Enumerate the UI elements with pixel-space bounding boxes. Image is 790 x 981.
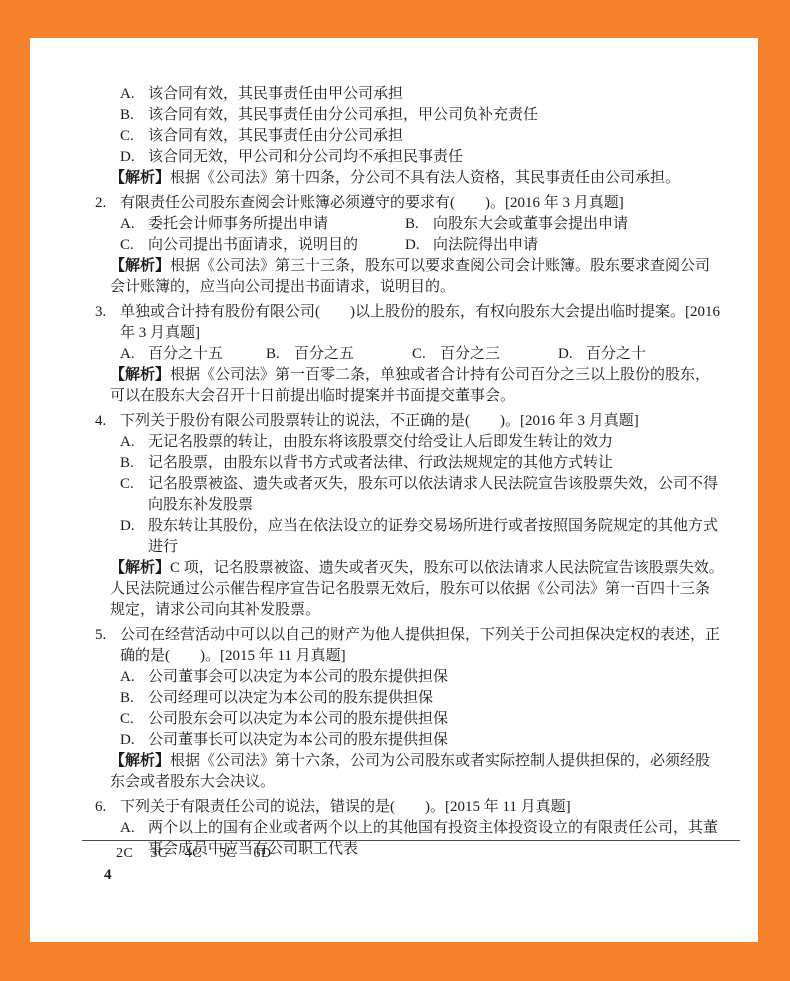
option-letter: B. xyxy=(120,453,134,474)
option-row: D. 股东转让其股份，应当在依法设立的证券交易场所进行或者按照国务院规定的其他方… xyxy=(120,516,723,558)
option-letter: A. xyxy=(120,667,135,688)
option-row: C. 公司股东会可以决定为本公司的股东提供担保 xyxy=(120,709,723,730)
analysis-paragraph: 【解析】根据《公司法》第三十三条，股东可以要求查阅公司会计账簿。股东要求查阅公司… xyxy=(110,256,724,298)
option-letter: B. xyxy=(405,214,419,235)
option-text: 向公司提出书面请求，说明目的 xyxy=(148,237,358,253)
question-text: 下列关于有限责任公司的说法，错误的是( )。[2015 年 11 月真题] xyxy=(120,799,571,815)
option-text: 该合同有效，其民事责任由分公司承担 xyxy=(148,128,403,144)
page-content: A. 该合同有效，其民事责任由甲公司承担 B. 该合同有效，其民事责任由分公司承… xyxy=(95,84,725,860)
analysis-label: 【解析】 xyxy=(110,560,170,576)
answer-key: 2C 3C 4C 5C 6D xyxy=(116,846,272,862)
option-text: 向法院得出申请 xyxy=(433,237,538,253)
question-stem: 2.有限责任公司股东查阅会计账簿必须遵守的要求有( )。[2016 年 3 月真… xyxy=(120,193,720,214)
question-number: 6. xyxy=(95,797,106,818)
option-text: 公司董事长可以决定为本公司的股东提供担保 xyxy=(148,732,448,748)
option-letter: B. xyxy=(266,344,280,365)
option-letter: C. xyxy=(412,344,426,365)
analysis-label: 【解析】 xyxy=(110,367,170,383)
option-text: 百分之五 xyxy=(294,346,354,362)
option-text: 该合同有效，其民事责任由分公司承担，甲公司负补充责任 xyxy=(148,107,538,123)
question-stem: 4.下列关于股份有限公司股票转让的说法，不正确的是( )。[2016 年 3 月… xyxy=(120,411,720,432)
answer-key-item: 4C xyxy=(185,846,202,862)
question-stem: 3.单独或合计持有股份有限公司( )以上股份的股东，有权向股东大会提出临时提案。… xyxy=(120,302,720,344)
analysis-text: 根据《公司法》第十六条，公司为公司股东或者实际控制人提供担保的，必须经股东会或者… xyxy=(110,753,710,790)
question-number: 5. xyxy=(95,625,106,646)
question-block-4: 4.下列关于股份有限公司股票转让的说法，不正确的是( )。[2016 年 3 月… xyxy=(120,411,725,621)
options-row: C. 向公司提出书面请求，说明目的 D. 向法院得出申请 xyxy=(120,235,725,256)
option-text: 百分之十 xyxy=(586,346,646,362)
analysis-label: 【解析】 xyxy=(110,258,170,274)
option-row: A. 百分之十五 xyxy=(120,344,266,365)
question-block-5: 5.公司在经营活动中可以以自己的财产为他人提供担保，下列关于公司担保决定权的表述… xyxy=(120,625,725,793)
option-row: C. 向公司提出书面请求，说明目的 xyxy=(120,235,405,256)
analysis-label: 【解析】 xyxy=(110,170,170,186)
option-letter: C. xyxy=(120,126,134,147)
option-letter: B. xyxy=(120,688,134,709)
question-text: 单独或合计持有股份有限公司( )以上股份的股东，有权向股东大会提出临时提案。[2… xyxy=(120,304,720,341)
option-letter: D. xyxy=(120,147,135,168)
analysis-paragraph: 【解析】根据《公司法》第十四条，分公司不具有法人资格，其民事责任由公司承担。 xyxy=(110,168,724,189)
analysis-text: 根据《公司法》第一百零二条，单独或者合计持有公司百分之三以上股份的股东，可以在股… xyxy=(110,367,710,404)
question-text: 下列关于股份有限公司股票转让的说法，不正确的是( )。[2016 年 3 月真题… xyxy=(120,413,639,429)
option-row: A. 公司董事会可以决定为本公司的股东提供担保 xyxy=(120,667,723,688)
option-text: 百分之十五 xyxy=(148,346,223,362)
option-letter: C. xyxy=(120,709,134,730)
option-row: D. 向法院得出申请 xyxy=(405,235,725,256)
option-letter: D. xyxy=(120,516,135,537)
question-number: 3. xyxy=(95,302,106,323)
option-letter: C. xyxy=(120,235,134,256)
question-number: 2. xyxy=(95,193,106,214)
option-letter: B. xyxy=(120,105,134,126)
answer-key-item: 5C xyxy=(219,846,236,862)
answer-key-item: 3C xyxy=(150,846,167,862)
option-text: 无记名股票的转让，由股东将该股票交付给受让人后即发生转让的效力 xyxy=(148,434,613,450)
option-text: 记名股票被盗、遗失或者灭失，股东可以依法请求人民法院宣告该股票失效，公司不得向股… xyxy=(148,476,718,513)
option-row: C. 该合同有效，其民事责任由分公司承担 xyxy=(120,126,723,147)
option-row: D. 该合同无效，甲公司和分公司均不承担民事责任 xyxy=(120,147,723,168)
option-row: C. 百分之三 xyxy=(412,344,558,365)
question-number: 4. xyxy=(95,411,106,432)
option-text: 百分之三 xyxy=(440,346,500,362)
option-letter: A. xyxy=(120,818,135,839)
option-letter: A. xyxy=(120,214,135,235)
book-page: A. 该合同有效，其民事责任由甲公司承担 B. 该合同有效，其民事责任由分公司承… xyxy=(30,38,758,942)
page-number: 4 xyxy=(104,867,112,884)
option-letter: A. xyxy=(120,344,135,365)
option-letter: D. xyxy=(405,235,420,256)
option-row: A. 委托会计师事务所提出申请 xyxy=(120,214,405,235)
analysis-paragraph: 【解析】根据《公司法》第十六条，公司为公司股东或者实际控制人提供担保的，必须经股… xyxy=(110,751,724,793)
answer-key-item: 6D xyxy=(253,846,271,862)
analysis-paragraph: 【解析】C 项，记名股票被盗、遗失或者灭失，股东可以依法请求人民法院宣告该股票失… xyxy=(110,558,724,621)
option-row: C. 记名股票被盗、遗失或者灭失，股东可以依法请求人民法院宣告该股票失效，公司不… xyxy=(120,474,723,516)
option-text: 公司董事会可以决定为本公司的股东提供担保 xyxy=(148,669,448,685)
option-text: 委托会计师事务所提出申请 xyxy=(148,216,328,232)
question-stem: 6.下列关于有限责任公司的说法，错误的是( )。[2015 年 11 月真题] xyxy=(120,797,720,818)
option-letter: A. xyxy=(120,432,135,453)
option-letter: D. xyxy=(120,730,135,751)
option-text: 股东转让其股份，应当在依法设立的证券交易场所进行或者按照国务院规定的其他方式进行 xyxy=(148,518,718,555)
analysis-label: 【解析】 xyxy=(110,753,170,769)
option-row: B. 记名股票，由股东以背书方式或者法律、行政法规规定的其他方式转让 xyxy=(120,453,723,474)
option-row: B. 向股东大会或董事会提出申请 xyxy=(405,214,725,235)
option-letter: C. xyxy=(120,474,134,495)
option-text: 该合同有效，其民事责任由甲公司承担 xyxy=(148,86,403,102)
question-1-continued: A. 该合同有效，其民事责任由甲公司承担 B. 该合同有效，其民事责任由分公司承… xyxy=(120,84,725,189)
analysis-text: 根据《公司法》第十四条，分公司不具有法人资格，其民事责任由公司承担。 xyxy=(170,170,680,186)
question-stem: 5.公司在经营活动中可以以自己的财产为他人提供担保，下列关于公司担保决定权的表述… xyxy=(120,625,720,667)
question-text: 公司在经营活动中可以以自己的财产为他人提供担保，下列关于公司担保决定权的表述，正… xyxy=(120,627,720,664)
question-text: 有限责任公司股东查阅会计账簿必须遵守的要求有( )。[2016 年 3 月真题] xyxy=(120,195,624,211)
book-page-background: { "theme": { "frame_color": "#F6822E", "… xyxy=(0,0,790,981)
option-row: B. 百分之五 xyxy=(266,344,412,365)
option-row: B. 该合同有效，其民事责任由分公司承担，甲公司负补充责任 xyxy=(120,105,723,126)
option-row: D. 公司董事长可以决定为本公司的股东提供担保 xyxy=(120,730,723,751)
option-row: D. 百分之十 xyxy=(558,344,725,365)
option-row: A. 无记名股票的转让，由股东将该股票交付给受让人后即发生转让的效力 xyxy=(120,432,723,453)
option-text: 公司股东会可以决定为本公司的股东提供担保 xyxy=(148,711,448,727)
answer-key-item: 2C xyxy=(116,846,133,862)
options-row: A. 百分之十五 B. 百分之五 C. 百分之三 D. 百分之十 xyxy=(120,344,725,365)
option-text: 该合同无效，甲公司和分公司均不承担民事责任 xyxy=(148,149,463,165)
analysis-paragraph: 【解析】根据《公司法》第一百零二条，单独或者合计持有公司百分之三以上股份的股东，… xyxy=(110,365,724,407)
option-text: 记名股票，由股东以背书方式或者法律、行政法规规定的其他方式转让 xyxy=(148,455,613,471)
option-row: B. 公司经理可以决定为本公司的股东提供担保 xyxy=(120,688,723,709)
option-text: 向股东大会或董事会提出申请 xyxy=(433,216,628,232)
options-row: A. 委托会计师事务所提出申请 B. 向股东大会或董事会提出申请 xyxy=(120,214,725,235)
question-block-2: 2.有限责任公司股东查阅会计账簿必须遵守的要求有( )。[2016 年 3 月真… xyxy=(120,193,725,298)
question-block-3: 3.单独或合计持有股份有限公司( )以上股份的股东，有权向股东大会提出临时提案。… xyxy=(120,302,725,407)
footer-divider xyxy=(82,840,740,841)
analysis-text: C 项，记名股票被盗、遗失或者灭失，股东可以依法请求人民法院宣告该股票失效。人民… xyxy=(110,560,724,618)
option-letter: A. xyxy=(120,84,135,105)
option-row: A. 该合同有效，其民事责任由甲公司承担 xyxy=(120,84,723,105)
option-letter: D. xyxy=(558,344,573,365)
analysis-text: 根据《公司法》第三十三条，股东可以要求查阅公司会计账簿。股东要求查阅公司会计账簿… xyxy=(110,258,710,295)
option-text: 公司经理可以决定为本公司的股东提供担保 xyxy=(148,690,433,706)
